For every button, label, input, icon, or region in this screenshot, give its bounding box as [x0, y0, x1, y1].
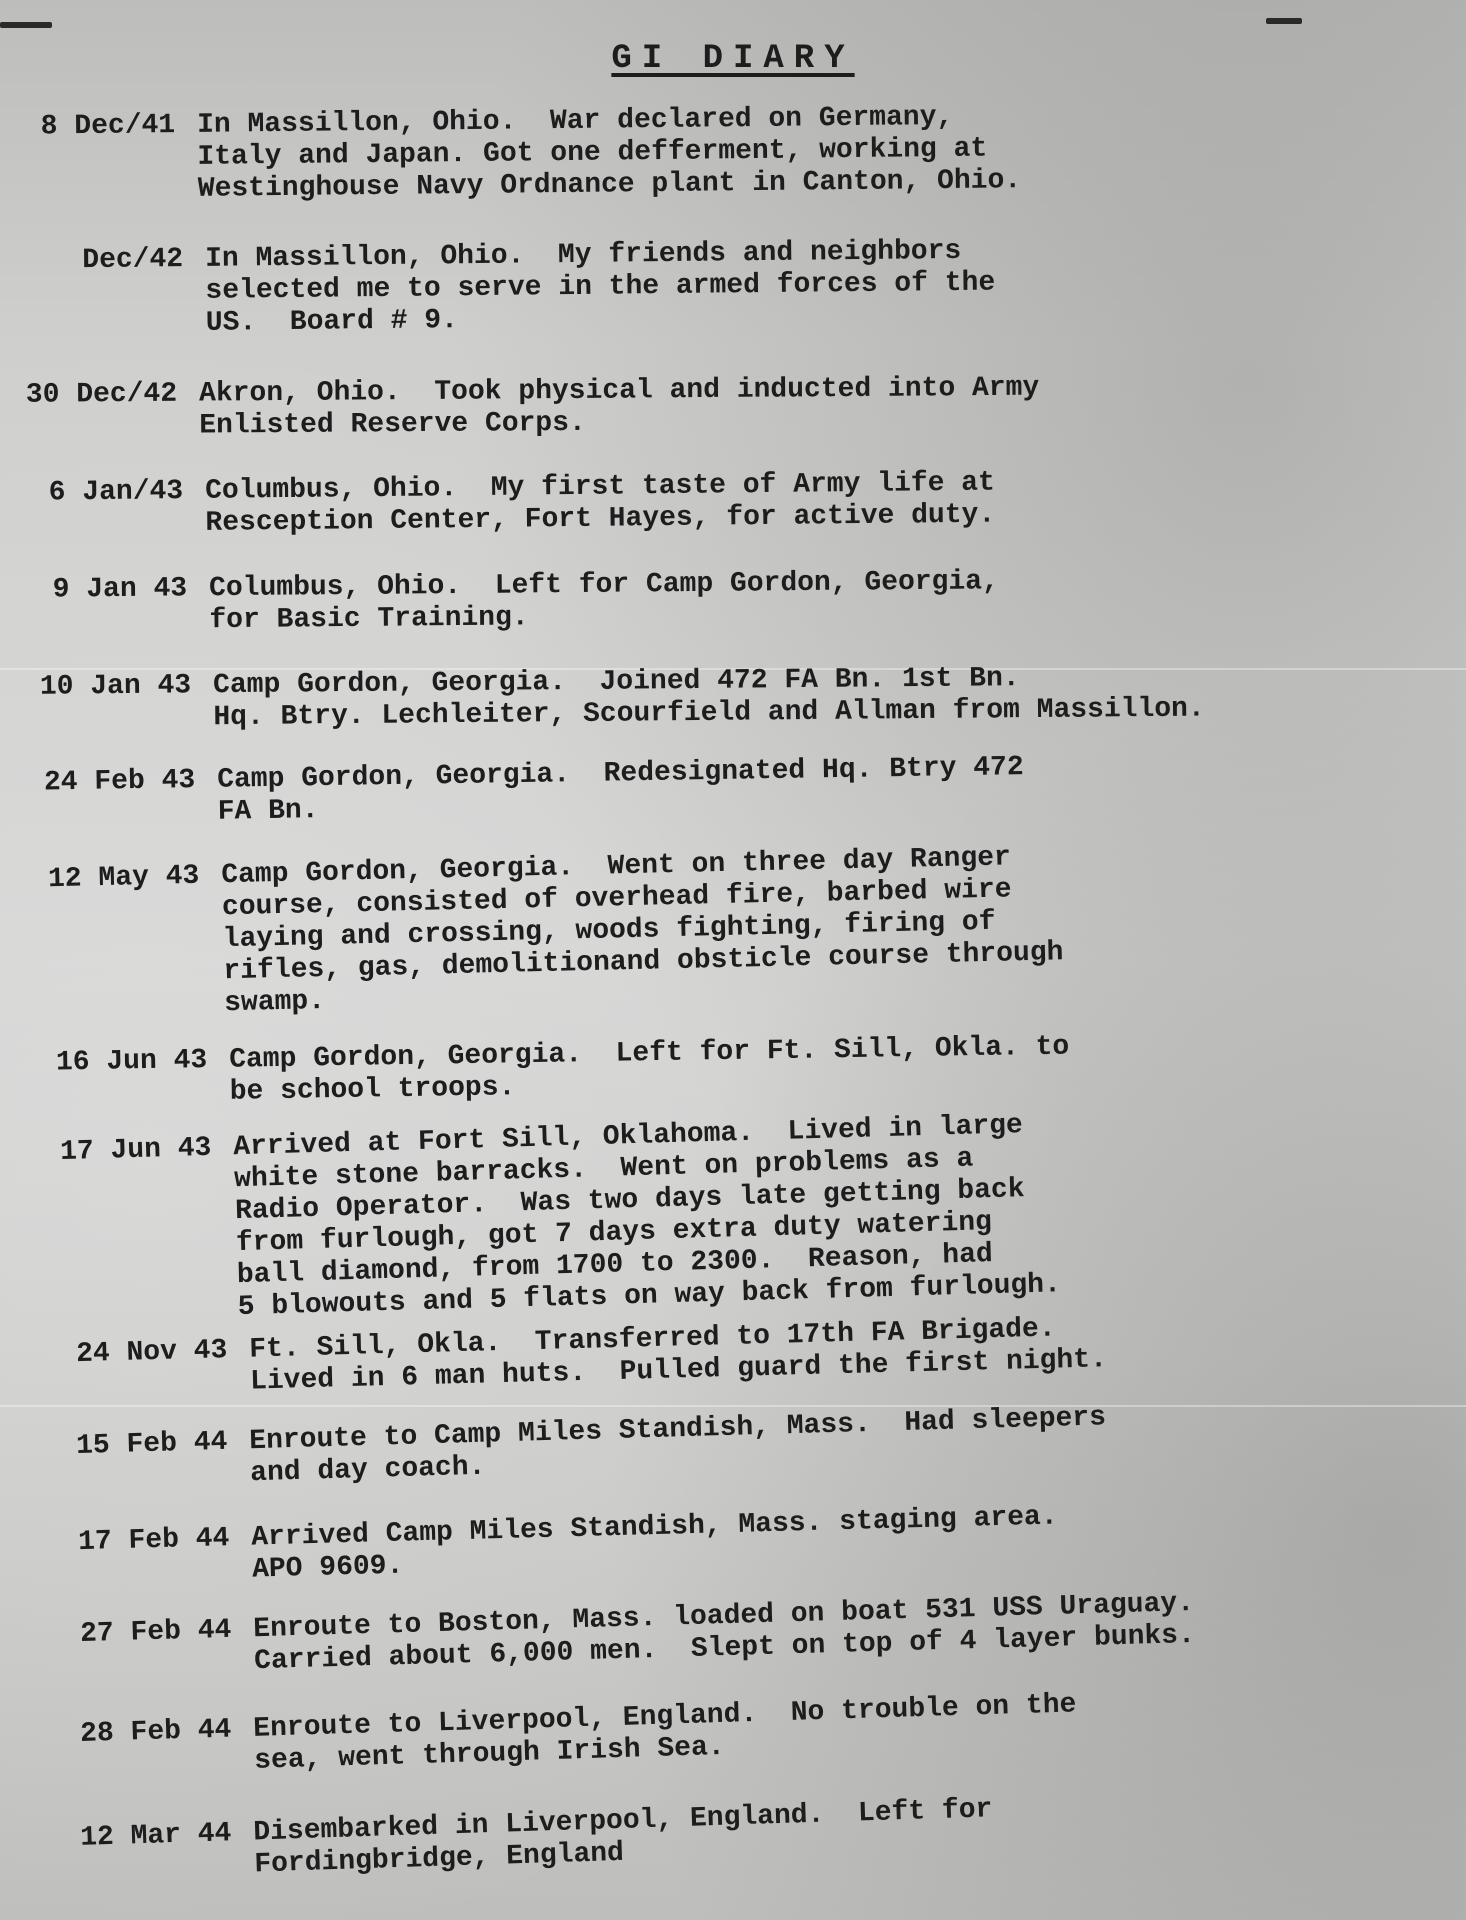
entry-date: 12 May 43 — [14, 860, 225, 1025]
entry-date: 28 Feb 44 — [46, 1714, 255, 1784]
entry-text: Camp Gordon, Georgia. Joined 472 FA Bn. … — [213, 662, 1205, 735]
diary-entry: 17 Jun 43Arrived at Fort Sill, Oklahoma.… — [26, 1109, 1061, 1330]
entry-date: 12 Mar 44 — [46, 1817, 255, 1887]
entry-date: 30 Dec/42 — [0, 379, 199, 444]
entry-date: 27 Feb 44 — [46, 1614, 255, 1684]
entry-text: Camp Gordon, Georgia. Redesignated Hq. B… — [217, 752, 1024, 829]
diary-entry: 30 Dec/42Akron, Ohio. Took physical and … — [0, 373, 1040, 444]
diary-entry: 8 Dec/41In Massillon, Ohio. War declared… — [0, 101, 1021, 208]
diary-entry: 6 Jan/43Columbus, Ohio. My first taste o… — [0, 468, 995, 542]
entry-text: Camp Gordon, Georgia. Left for Ft. Sill,… — [229, 1032, 1070, 1109]
entry-text: Columbus, Ohio. My first taste of Army l… — [205, 468, 995, 540]
entry-date: 17 Feb 44 — [44, 1523, 253, 1592]
entry-date: 16 Jun 43 — [22, 1045, 230, 1112]
typewriter-mark — [0, 22, 52, 28]
typewriter-mark — [1266, 18, 1302, 24]
entry-text: In Massillon, Ohio. My friends and neigh… — [205, 236, 996, 340]
entry-date: Dec/42 — [0, 244, 206, 342]
diary-entry: Dec/42In Massillon, Ohio. My friends and… — [0, 236, 996, 342]
entry-date: 6 Jan/43 — [0, 476, 206, 542]
diary-entry: 10 Jan 43Camp Gordon, Georgia. Joined 47… — [6, 662, 1205, 736]
entry-date: 15 Feb 44 — [42, 1426, 251, 1496]
paper-fold — [0, 1405, 1466, 1407]
entry-date: 17 Jun 43 — [26, 1132, 238, 1330]
entry-date: 24 Nov 43 — [42, 1335, 251, 1404]
entry-text: Columbus, Ohio. Left for Camp Gordon, Ge… — [209, 566, 999, 637]
entry-text: Arrived at Fort Sill, Oklahoma. Lived in… — [233, 1109, 1061, 1324]
entry-text: In Massillon, Ohio. War declared on Germ… — [197, 101, 1021, 206]
entry-text: Akron, Ohio. Took physical and inducted … — [199, 373, 1040, 443]
entry-date: 9 Jan 43 — [2, 573, 210, 639]
entry-date: 10 Jan 43 — [6, 670, 214, 736]
diary-entry: 12 May 43Camp Gordon, Georgia. Went on t… — [14, 841, 1065, 1025]
entry-date: 8 Dec/41 — [0, 110, 198, 208]
entry-text: Camp Gordon, Georgia. Went on three day … — [221, 841, 1065, 1020]
document-title: GI DIARY — [0, 40, 1466, 78]
diary-entry: 9 Jan 43Columbus, Ohio. Left for Camp Go… — [2, 566, 999, 639]
entry-date: 24 Feb 43 — [10, 765, 218, 832]
